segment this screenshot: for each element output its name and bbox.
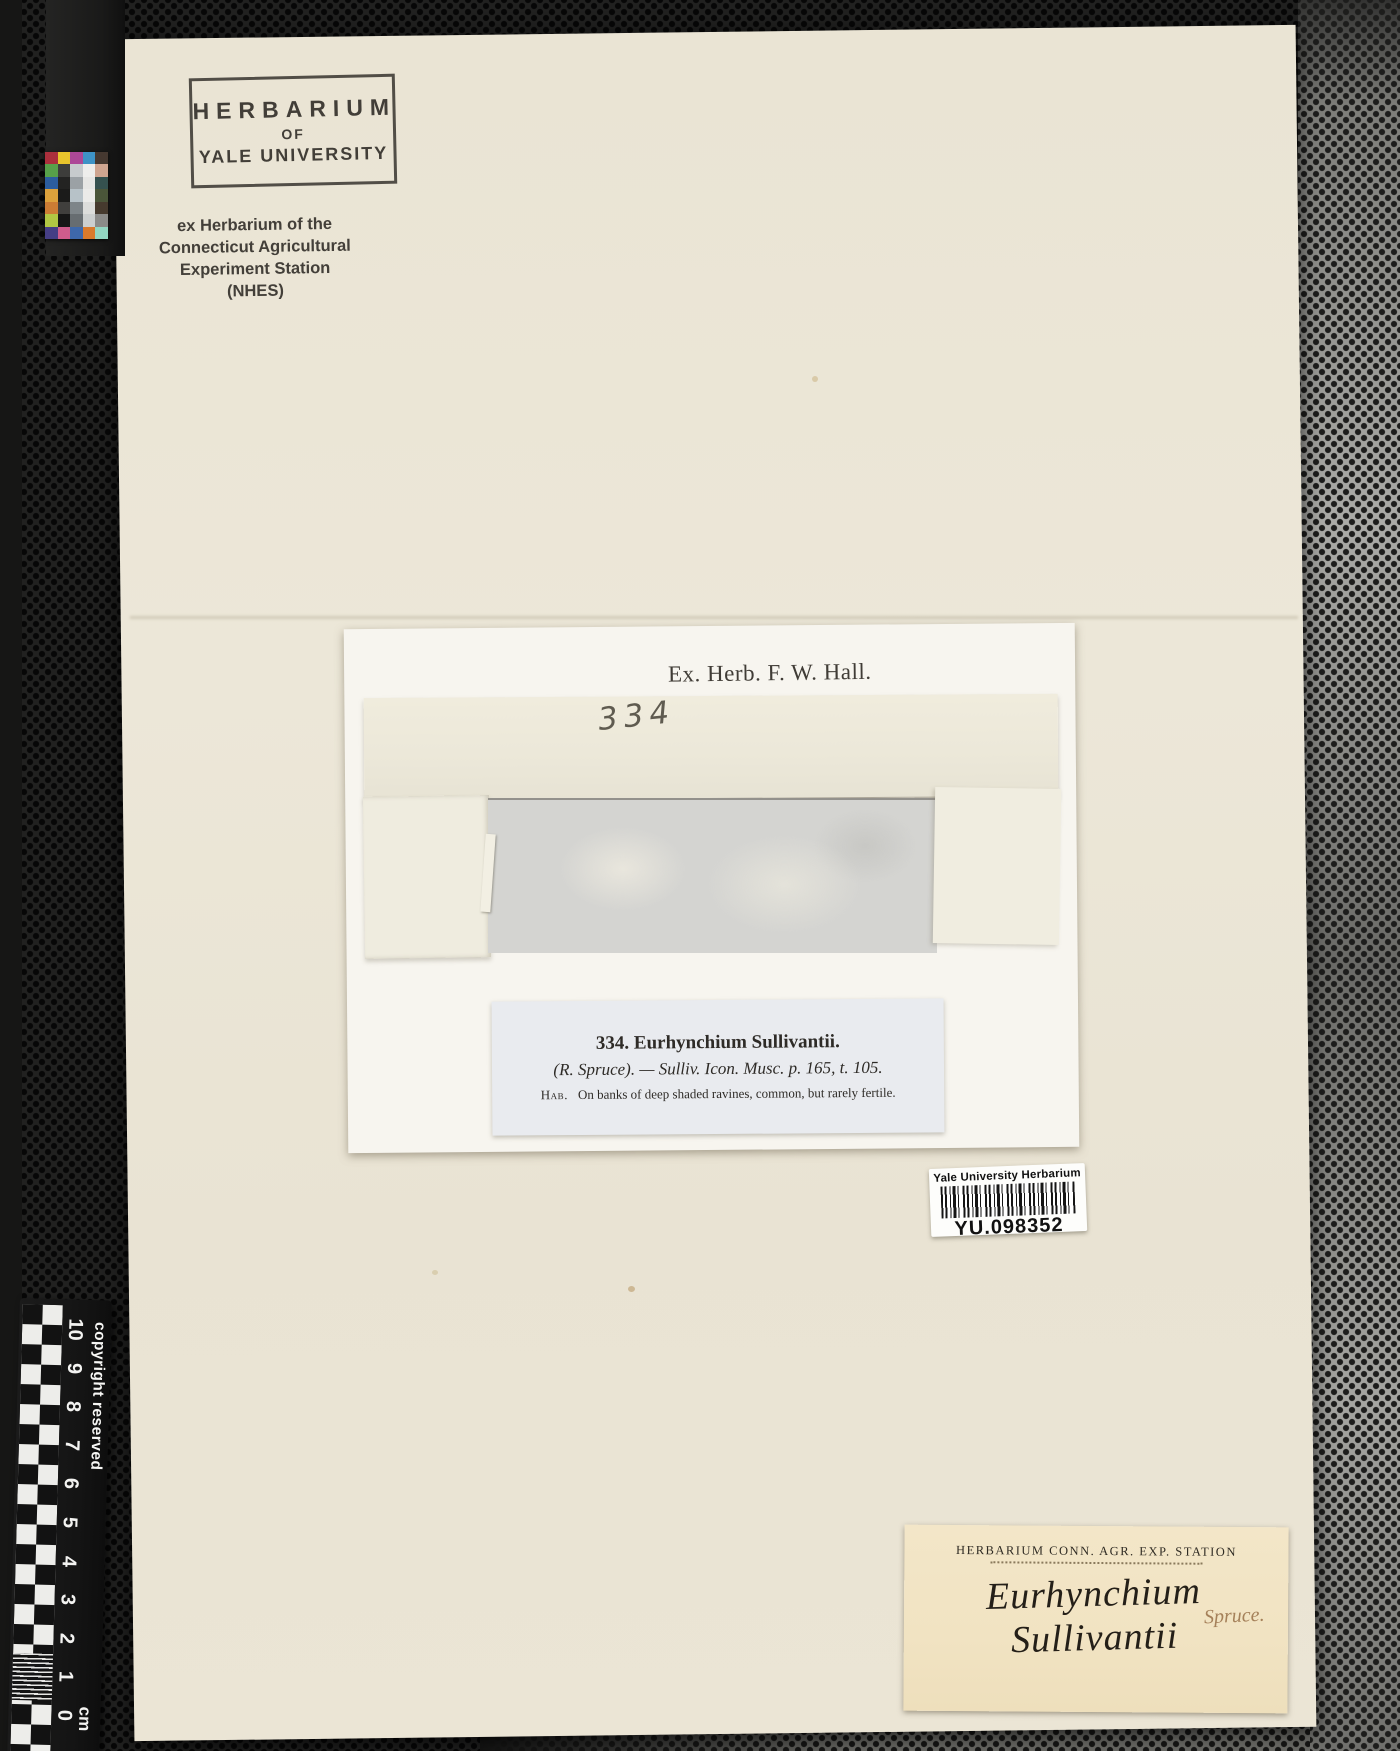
color-chip	[45, 189, 58, 201]
provenance-stamp: ex Herbarium of the Connecticut Agricult…	[151, 213, 358, 304]
packet-right-fold	[933, 787, 1061, 945]
ruler-number: 2	[54, 1624, 79, 1653]
color-chip	[95, 202, 108, 214]
ruler-number: 7	[60, 1431, 85, 1460]
ruler-number: 3	[55, 1585, 80, 1614]
color-chip	[58, 177, 71, 189]
color-chip	[70, 152, 83, 164]
packet-left-fold	[363, 795, 491, 959]
ruler-number: 9	[62, 1354, 87, 1383]
det-label-habitat: Hab.On banks of deep shaded ravines, com…	[492, 1084, 944, 1103]
sheet-crease	[130, 616, 1298, 619]
color-chip	[70, 177, 83, 189]
det-label-citation: (R. Spruce). — Sulliv. Icon. Musc. p. 16…	[492, 1057, 944, 1080]
yale-herbarium-stamp: HERBARIUM OF YALE UNIVERSITY	[189, 74, 397, 189]
ruler-number: 5	[57, 1508, 82, 1537]
packet-top-flap	[364, 694, 1059, 801]
herbarium-specimen-photo: HERBARIUM OF YALE UNIVERSITY ex Herbariu…	[0, 0, 1400, 1751]
ruler-millimeter-hatch	[12, 1653, 53, 1701]
color-chip	[58, 164, 71, 176]
color-chip	[58, 214, 71, 226]
barcode-label: Yale University Herbarium YU.098352	[929, 1163, 1087, 1237]
stamp-line: OF	[193, 124, 393, 145]
station-label: HERBARIUM CONN. AGR. EXP. STATION Eurhyn…	[903, 1525, 1288, 1714]
color-chip	[70, 214, 83, 226]
stamp-line: ex Herbarium of the	[151, 213, 357, 238]
stamp-line: HERBARIUM	[192, 94, 393, 126]
ruler-number: 1	[53, 1662, 78, 1691]
color-chip	[58, 202, 71, 214]
color-chip	[83, 152, 96, 164]
handwritten-author: Spruce.	[1204, 1604, 1266, 1630]
ruler-unit-label: cm	[73, 1706, 96, 1733]
foxing-spot	[812, 376, 818, 382]
color-chip	[45, 177, 58, 189]
foxing-spot	[432, 1270, 438, 1275]
barcode-icon	[940, 1181, 1075, 1218]
color-chip	[70, 164, 83, 176]
color-chip	[83, 214, 96, 226]
color-chip	[95, 152, 108, 164]
color-chip	[95, 189, 108, 201]
color-chip	[95, 214, 108, 226]
packet-glassine-body	[488, 798, 937, 953]
color-chip	[83, 189, 96, 201]
color-chip	[70, 227, 83, 239]
color-chip	[58, 227, 71, 239]
ruler-number: 8	[61, 1392, 86, 1421]
station-label-header: HERBARIUM CONN. AGR. EXP. STATION	[904, 1543, 1288, 1561]
color-chip	[58, 152, 71, 164]
color-chip	[83, 177, 96, 189]
ruler-number: 10	[63, 1315, 88, 1344]
color-chip	[95, 177, 108, 189]
color-chip	[95, 164, 108, 176]
ruler-copyright-text: copyright reserved	[87, 1310, 108, 1482]
determination-label: 334. Eurhynchium Sullivantii. (R. Spruce…	[492, 998, 945, 1135]
det-label-title: 334. Eurhynchium Sullivantii.	[492, 1030, 944, 1055]
ruler-number: 6	[58, 1470, 83, 1499]
packet-printed-header: Ex. Herb. F. W. Hall.	[668, 658, 908, 687]
color-chip	[83, 164, 96, 176]
color-chip	[70, 202, 83, 214]
color-chip	[70, 189, 83, 201]
color-chip	[45, 214, 58, 226]
color-chip	[45, 227, 58, 239]
color-chip	[95, 227, 108, 239]
foxing-spot	[628, 1286, 635, 1292]
color-chip	[45, 152, 58, 164]
color-chip	[45, 164, 58, 176]
dotted-rule	[990, 1561, 1202, 1564]
scale-ruler: 012345678910 cm copyright reserved	[7, 1298, 112, 1751]
color-chip	[83, 202, 96, 214]
color-chip	[45, 202, 58, 214]
color-chip	[58, 189, 71, 201]
color-chip	[83, 227, 96, 239]
stamp-line: Experiment Station (NHES)	[152, 257, 359, 304]
stamp-line: Connecticut Agricultural	[152, 235, 358, 260]
stamp-line: YALE UNIVERSITY	[193, 143, 393, 169]
ruler-number: 4	[56, 1547, 81, 1576]
det-label-hab-abbr: Hab.	[541, 1087, 568, 1102]
det-label-hab-text: On banks of deep shaded ravines, common,…	[578, 1085, 896, 1102]
color-calibration-card	[45, 152, 108, 239]
